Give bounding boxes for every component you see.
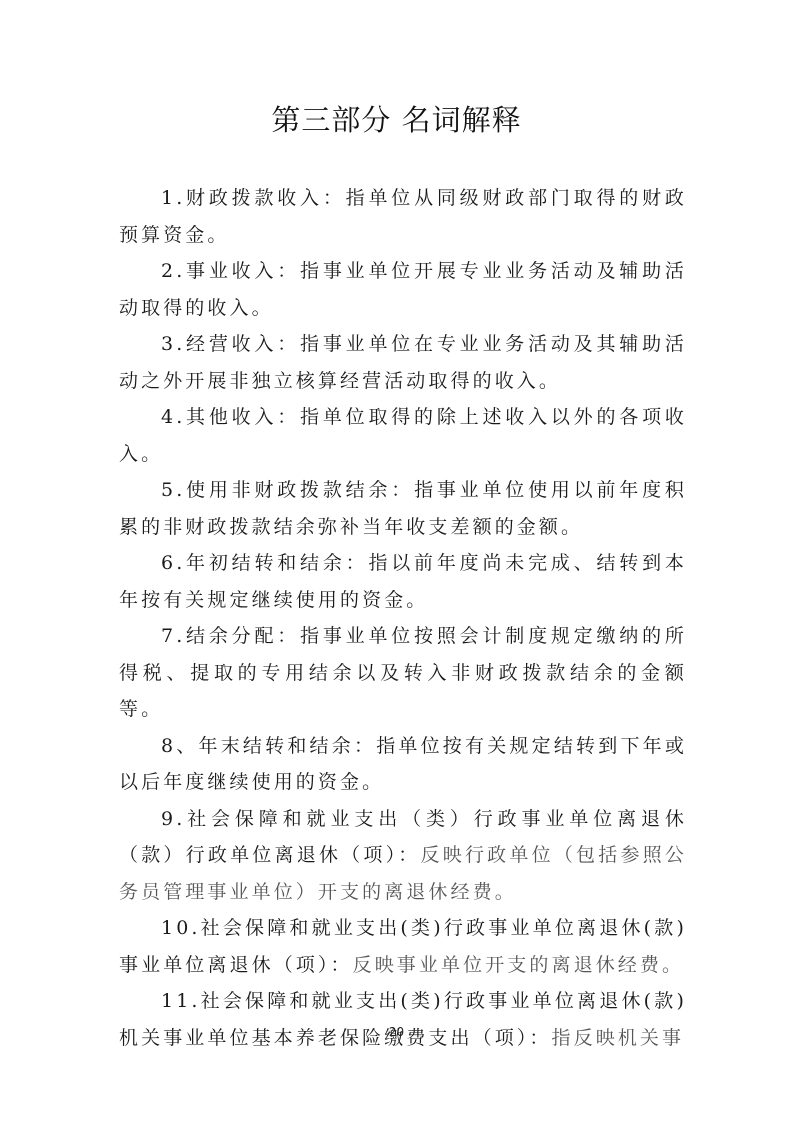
item-number: 5. bbox=[161, 479, 185, 501]
item-term: 使用非财政拨款结余： bbox=[185, 479, 414, 501]
glossary-item: 8、年末结转和结余：指单位按有关规定结转到下年或以后年度继续使用的资金。 bbox=[119, 728, 687, 801]
glossary-item: 2.事业收入：指事业单位开展专业业务活动及辅助活动取得的收入。 bbox=[119, 253, 687, 326]
item-number: 2. bbox=[161, 260, 185, 282]
item-number: 11. bbox=[161, 990, 201, 1012]
glossary-item: 7.结余分配：指事业单位按照会计制度规定缴纳的所得税、提取的专用结余以及转入非财… bbox=[119, 618, 687, 728]
glossary-item: 3.经营收入：指事业单位在专业业务活动及其辅助活动之外开展非独立核算经营活动取得… bbox=[119, 326, 687, 399]
item-term: 经营收入： bbox=[185, 333, 300, 355]
glossary-item: 9.社会保障和就业支出（类）行政事业单位离退休（款）行政单位离退休（项）：反映行… bbox=[119, 801, 687, 911]
item-number: 9. bbox=[161, 808, 185, 830]
glossary-item: 10.社会保障和就业支出(类)行政事业单位离退休(款)事业单位离退休（项）：反映… bbox=[119, 910, 687, 983]
item-term: 年末结转和结余： bbox=[199, 735, 377, 757]
item-number: 10. bbox=[161, 917, 201, 939]
item-number: 7. bbox=[161, 625, 185, 647]
item-number: 8、 bbox=[161, 735, 199, 757]
item-term: 其他收入： bbox=[185, 406, 300, 428]
page-number: 20 bbox=[0, 1025, 793, 1039]
page-title: 第三部分 名词解释 bbox=[0, 98, 793, 139]
item-term: 财政拨款收入： bbox=[185, 187, 345, 209]
item-number: 3. bbox=[161, 333, 185, 355]
item-term: 年初结转和结余： bbox=[185, 552, 368, 574]
item-number: 4. bbox=[161, 406, 185, 428]
glossary-list: 1.财政拨款收入：指单位从同级财政部门取得的财政预算资金。 2.事业收入：指事业… bbox=[119, 180, 687, 1056]
item-term: 事业收入： bbox=[185, 260, 300, 282]
glossary-item: 11.社会保障和就业支出(类)行政事业单位离退休(款)机关事业单位基本养老保险缴… bbox=[119, 983, 687, 1056]
item-number: 6. bbox=[161, 552, 185, 574]
glossary-item: 1.财政拨款收入：指单位从同级财政部门取得的财政预算资金。 bbox=[119, 180, 687, 253]
item-number: 1. bbox=[161, 187, 185, 209]
glossary-item: 5.使用非财政拨款结余：指事业单位使用以前年度积累的非财政拨款结余弥补当年收支差… bbox=[119, 472, 687, 545]
item-definition: 反映事业单位开支的离退休经费。 bbox=[353, 954, 685, 976]
item-term: 结余分配： bbox=[185, 625, 300, 647]
glossary-item: 6.年初结转和结余：指以前年度尚未完成、结转到本年按有关规定继续使用的资金。 bbox=[119, 545, 687, 618]
glossary-item: 4.其他收入：指单位取得的除上述收入以外的各项收入。 bbox=[119, 399, 687, 472]
